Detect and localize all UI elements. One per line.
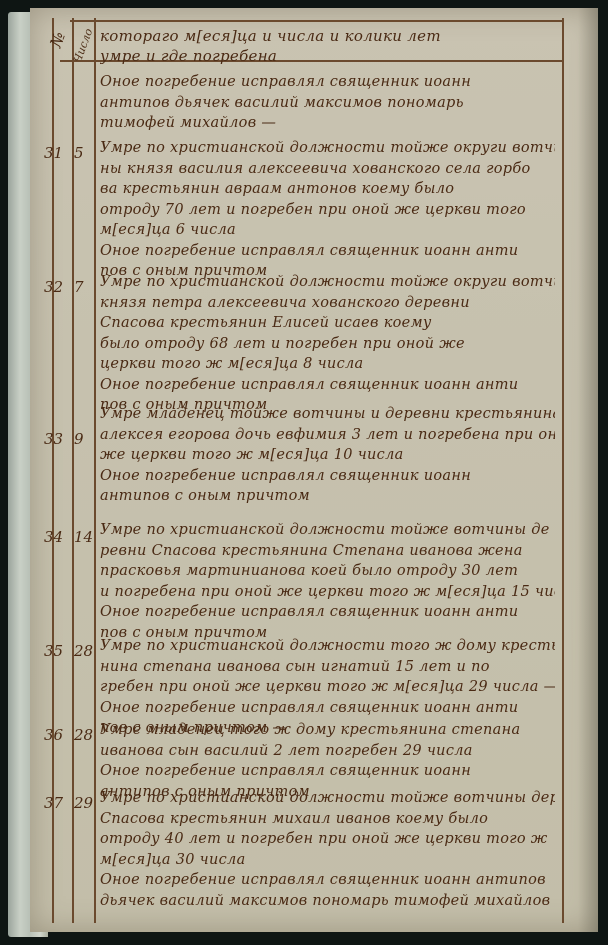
entry-line: м[еся]ца 30 числа [100, 850, 555, 871]
entry-number: 34 [44, 528, 63, 546]
carryover-text: Оное погребение исправлял священник иоан… [100, 72, 555, 134]
entry-line: ва крестьянин авраам антонов коему было [100, 179, 555, 200]
entry-line: прасковья мартинианова коей было отроду … [100, 561, 555, 582]
entry-text: Умре по христианской должности тойже вот… [100, 788, 555, 911]
entry-line: же церкви того ж м[еся]ца 10 числа [100, 445, 555, 466]
entry-number: 32 [44, 278, 63, 296]
rule-right-margin [562, 18, 564, 923]
entry-line: гребен при оной же церкви того ж м[еся]ц… [100, 677, 555, 698]
entry-text: Умре по христианской должности тойже окр… [100, 272, 555, 416]
rule-day-column [94, 18, 96, 923]
entry-line: Умре младенец того ж дому крестьянина ст… [100, 720, 555, 741]
carryover-line: тимофей михайлов — [100, 113, 555, 134]
entry-text: Умре по христианской должности тойже окр… [100, 138, 555, 282]
entry-line: Оное погребение исправлял священник иоан… [100, 241, 555, 262]
entry-line: и погребена при оной же церкви того ж м[… [100, 582, 555, 603]
carryover-line: Оное погребение исправлял священник иоан… [100, 72, 555, 93]
page-shadow [578, 8, 598, 932]
entry-line: алексея егорова дочь евфимия 3 лет и пог… [100, 425, 555, 446]
entry-line: Оное погребение исправлял священник иоан… [100, 375, 555, 396]
entry-line: отроду 40 лет и погребен при оной же цер… [100, 829, 555, 850]
entry-line: Оное погребение исправлял священник иоан… [100, 466, 555, 487]
entry-day: 7 [74, 278, 84, 296]
entry-line: иванова сын василий 2 лет погребен 29 чи… [100, 741, 555, 762]
entry-day: 28 [74, 642, 93, 660]
entry-number: 33 [44, 430, 63, 448]
entry-line: Умре по христианской должности тойже вот… [100, 520, 555, 541]
entry-line: Оное погребение исправлял священник иоан… [100, 602, 555, 623]
header-text: котораго м[еся]ца и числа и колики лет у… [100, 26, 555, 66]
entry-line: Умре по христианской должности тойже вот… [100, 788, 555, 809]
entry-line: дьячек василий максимов пономарь тимофей… [100, 891, 555, 912]
entry-line: Оное погребение исправлял священник иоан… [100, 698, 555, 719]
entry-line: церкви того ж м[еся]ца 8 числа [100, 354, 555, 375]
entry-line: отроду 70 лет и погребен при оной же цер… [100, 200, 555, 221]
entry-day: 5 [74, 144, 84, 162]
entry-line: князя петра алексеевича хованского дерев… [100, 293, 555, 314]
entry-line: Умре по христианской должности того ж до… [100, 636, 555, 657]
entry-line: ревни Спасова крестьянина Степана иванов… [100, 541, 555, 562]
entry-line: м[еся]ца 6 числа [100, 220, 555, 241]
entry-line: Оное погребение исправлял священник иоан… [100, 761, 555, 782]
entry-day: 9 [74, 430, 84, 448]
entry-line: Спасова крестьянин михаил иванов коему б… [100, 809, 555, 830]
entry-line: нина степана иванова сын игнатий 15 лет … [100, 657, 555, 678]
entry-text: Умре младенец тойже вотчины и деревни кр… [100, 404, 555, 507]
entry-line: было отроду 68 лет и погребен при оной ж… [100, 334, 555, 355]
entry-text: Умре по христианской должности тойже вот… [100, 520, 555, 643]
header-line-1: котораго м[еся]ца и числа и колики лет [100, 26, 555, 46]
entry-line: Умре по христианской должности тойже окр… [100, 138, 555, 159]
entry-number: 31 [44, 144, 63, 162]
entry-line: Спасова крестьянин Елисей исаев коему [100, 313, 555, 334]
entry-line: Умре младенец тойже вотчины и деревни кр… [100, 404, 555, 425]
entry-number: 35 [44, 642, 63, 660]
header-day: Число [71, 27, 95, 65]
header-number: № [46, 29, 69, 50]
rule-top [70, 20, 564, 22]
entry-line: ны князя василия алексеевича хованского … [100, 159, 555, 180]
entry-line: Умре по христианской должности тойже окр… [100, 272, 555, 293]
entry-day: 14 [74, 528, 93, 546]
carryover-line: антипов дьячек василий максимов пономарь [100, 93, 555, 114]
entry-day: 28 [74, 726, 93, 744]
entry-number: 36 [44, 726, 63, 744]
register-page: № Число котораго м[еся]ца и числа и коли… [30, 8, 598, 932]
entry-day: 29 [74, 794, 93, 812]
entry-number: 37 [44, 794, 63, 812]
entry-line: антипов с оным причтом [100, 486, 555, 507]
header-line-2: умре и где погребена [100, 46, 555, 66]
entry-line: Оное погребение исправлял священник иоан… [100, 870, 555, 891]
